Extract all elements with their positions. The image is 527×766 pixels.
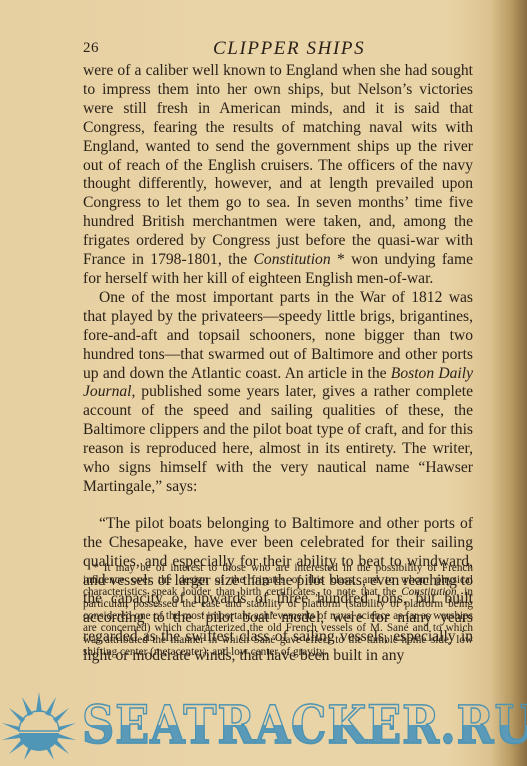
book-page: 26 CLIPPER SHIPS were of a caliber well … <box>0 0 527 766</box>
paragraph-1: were of a caliber well known to England … <box>83 62 473 289</box>
sun-logo-icon <box>0 690 78 760</box>
running-head: 26 CLIPPER SHIPS <box>83 38 473 60</box>
watermark-text: SEATRACKER.RU <box>82 696 527 756</box>
watermark: SEATRACKER.RU <box>0 690 527 760</box>
footnote: * It may be of interest to those who are… <box>83 562 473 658</box>
footnote-marker: * <box>331 251 352 268</box>
ship-name: Constitution <box>254 251 331 268</box>
page-number: 26 <box>83 40 99 57</box>
book-title: CLIPPER SHIPS <box>213 38 365 60</box>
paragraph-2: One of the most important parts in the W… <box>83 289 473 497</box>
